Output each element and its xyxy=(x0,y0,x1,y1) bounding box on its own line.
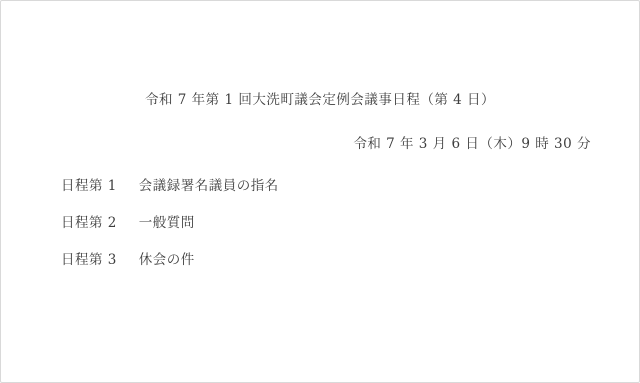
agenda-item-2-text: 一般質問 xyxy=(139,215,195,231)
agenda-item-1: 日程第 1 会議録署名議員の指名 xyxy=(61,178,279,194)
session-datetime: 令和 7 年 3 月 6 日（木）9 時 30 分 xyxy=(353,136,591,152)
document-title: 令和 7 年第 1 回大洗町議会定例会議事日程（第 4 日） xyxy=(1,92,639,108)
agenda-item-2-label: 日程第 2 xyxy=(61,215,134,231)
agenda-item-3-label: 日程第 3 xyxy=(61,252,134,268)
agenda-item-1-label: 日程第 1 xyxy=(61,178,134,194)
agenda-document-page: 令和 7 年第 1 回大洗町議会定例会議事日程（第 4 日） 令和 7 年 3 … xyxy=(0,0,640,383)
agenda-item-2: 日程第 2 一般質問 xyxy=(61,215,195,231)
agenda-item-3-text: 休会の件 xyxy=(139,252,195,268)
agenda-item-1-text: 会議録署名議員の指名 xyxy=(139,178,279,194)
agenda-item-3: 日程第 3 休会の件 xyxy=(61,252,195,268)
